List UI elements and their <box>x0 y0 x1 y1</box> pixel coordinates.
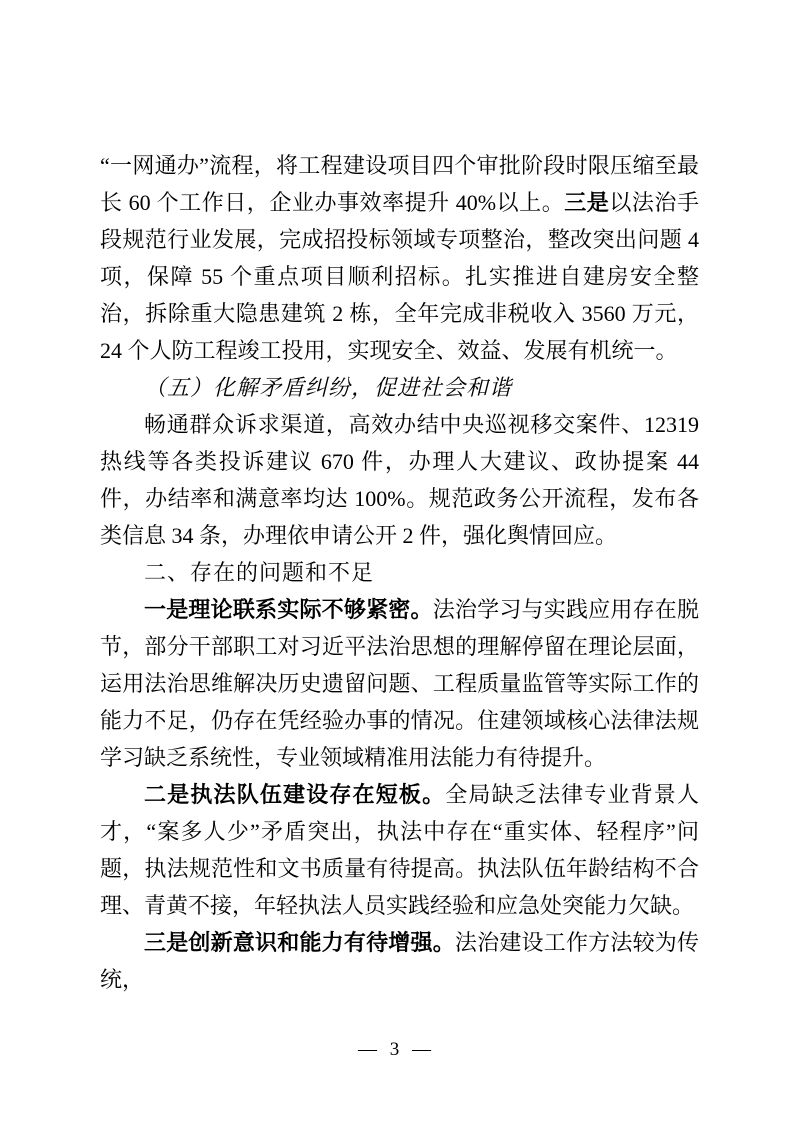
text-run-bold-lead: 一是理论联系实际不够紧密。 <box>144 597 433 622</box>
subsection-heading-5: （五）化解矛盾纠纷，促进社会和谐 <box>100 369 699 406</box>
heading-text: 二、存在的问题和不足 <box>144 560 374 585</box>
text-run-bold-lead: 二是执法队伍建设存在短板。 <box>144 782 445 807</box>
text-run: 畅通群众诉求渠道，高效办结中央巡视移交案件、12319 热线等各类投诉建议 67… <box>100 412 699 548</box>
paragraph-problem-2: 二是执法队伍建设存在短板。全局缺乏法律专业背景人才，“案多人少”矛盾突出，执法中… <box>100 776 699 924</box>
text-run-bold-lead: 三是创新意识和能力有待增强。 <box>144 930 455 955</box>
section-heading-2: 二、存在的问题和不足 <box>100 554 699 591</box>
heading-text: （五）化解矛盾纠纷，促进社会和谐 <box>144 375 512 400</box>
text-run: 法治学习与实践应用存在脱节，部分干部职工对习近平法治思想的理解停留在理论层面，运… <box>100 597 699 770</box>
paragraph-continuation: “一网通办”流程，将工程建设项目四个审批阶段时限压缩至最长 60 个工作日，企业… <box>100 147 699 369</box>
paragraph-problem-1: 一是理论联系实际不够紧密。法治学习与实践应用存在脱节，部分干部职工对习近平法治思… <box>100 591 699 776</box>
paragraph-complaints: 畅通群众诉求渠道，高效办结中央巡视移交案件、12319 热线等各类投诉建议 67… <box>100 406 699 554</box>
document-body: “一网通办”流程，将工程建设项目四个审批阶段时限压缩至最长 60 个工作日，企业… <box>100 147 699 998</box>
page-number: — 3 — <box>0 1038 793 1062</box>
text-run: 以法治手段规范行业发展，完成招投标领域专项整治，整改突出问题 4 项，保障 55… <box>100 190 699 363</box>
paragraph-problem-3: 三是创新意识和能力有待增强。法治建设工作方法较为传统， <box>100 924 699 998</box>
document-page: “一网通办”流程，将工程建设项目四个审批阶段时限压缩至最长 60 个工作日，企业… <box>0 0 793 1122</box>
text-run-bold-lead: 三是 <box>564 190 609 215</box>
